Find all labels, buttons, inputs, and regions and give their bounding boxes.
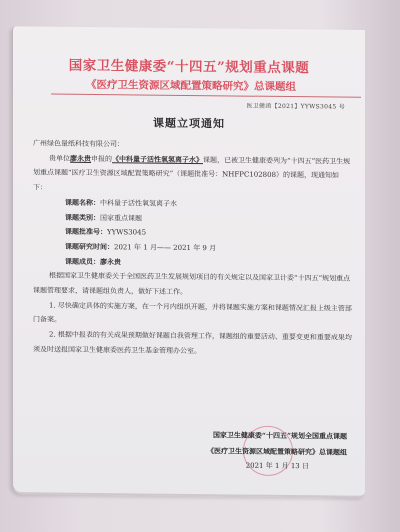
- field-value: 2021 年 1 月—— 2021 年 9 月: [114, 243, 216, 252]
- field-value: 国家重点课题: [100, 214, 142, 222]
- field-label: 课题名称：: [65, 198, 100, 207]
- intro-mid: 申报的: [91, 155, 112, 163]
- field-value: 中科量子活性氧氢离子水: [100, 199, 177, 208]
- field-value: 廖永贵: [100, 257, 121, 266]
- project-title: 《中科量子活性氧氢离子水》: [112, 154, 203, 164]
- intro-pre: 贵单位: [49, 154, 70, 162]
- field-label: 课题批准号：: [65, 227, 107, 236]
- paragraph-item-1: 1. 尽快确定具体的实施方案，在一个月内组织开题，并将课题实施方案和课题情况汇报…: [33, 298, 353, 331]
- field-label: 课题研究时间：: [65, 242, 114, 252]
- document-body: 广州绿色量纸科技有限公司： 贵单位廖永贵申报的《中科量子活性氧氢离子水》课题，已…: [33, 136, 353, 360]
- document-number: 医卫健函【2021】YYWS3045 号: [246, 101, 345, 111]
- field-value: YYWS3045: [107, 228, 146, 236]
- intro-paragraph: 贵单位廖永贵申报的《中科量子活性氧氢离子水》课题，已被卫生健康委列为“十四五”医…: [33, 151, 353, 198]
- notice-document: 国家卫生健康委“十四五”规划重点课题 《医疗卫生资源区域配置策略研究》总课题组 …: [12, 26, 365, 498]
- field-label: 课题成员：: [65, 256, 100, 265]
- field-label: 课题类别：: [65, 212, 100, 221]
- signature-date: 2021 年 1 月 13 日: [13, 456, 347, 475]
- signature-block: 国家卫生健康委“十四五”规划全国重点课题 《医疗卫生资源区域配置策略研究》总课题…: [13, 425, 347, 475]
- document-title: 课题立项通知: [13, 113, 365, 133]
- applicant-name: 廖永贵: [70, 153, 91, 162]
- paragraph-regulations: 根据国家卫生健康委关于全国医药卫生发展规划项目的有关规定以及国家卫计委“十四五”…: [33, 269, 353, 302]
- header-title: 国家卫生健康委“十四五”规划重点课题: [13, 53, 365, 77]
- header-subtitle: 《医疗卫生资源区域配置策略研究》总课题组: [13, 76, 365, 95]
- paragraph-item-2: 2. 根据中报表的有关成果预期做好课题自我管理工作，课题组的重要活动、重要变更和…: [33, 328, 353, 361]
